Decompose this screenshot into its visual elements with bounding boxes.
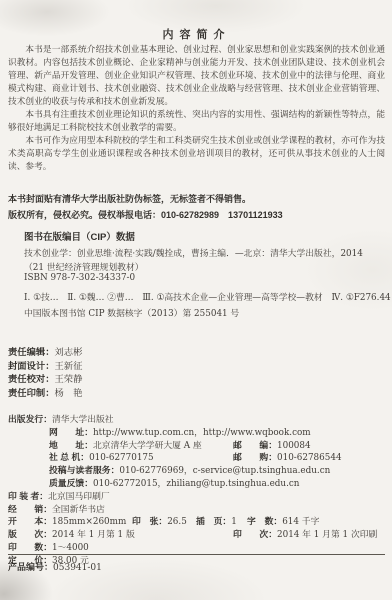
print-run-label: 印 数： xyxy=(8,542,52,552)
intro-paragraph: 本书具有注重技术创业理论知识的系统性、突出内容的实用性、强调结构的新颖性等特点，… xyxy=(8,109,385,135)
staff-row-proofreader: 责任校对：王荣静 xyxy=(8,373,385,387)
product-number-row: 产品编号：053941-01 xyxy=(8,560,392,573)
distributor-row: 经 销：全国新华书店 xyxy=(8,504,385,517)
edition-label: 版 次： xyxy=(8,529,52,539)
staff-label: 责任编辑： xyxy=(8,347,55,357)
sheets-value: 26.5 xyxy=(167,517,187,527)
word-count-label: 字 数： xyxy=(247,516,282,526)
publish-row: 出版发行：清华大学出版社 xyxy=(8,414,385,427)
staff-value: 杨 艳 xyxy=(55,388,83,399)
content-summary-body: 本书是一部系统介绍技术创业基本理论、创业过程、创业家思想和创业实践案例的技术创业… xyxy=(8,44,385,174)
intro-paragraph: 本书是一部系统介绍技术创业基本理论、创业过程、创业家思想和创业实践案例的技术创业… xyxy=(8,44,385,109)
address-row: 地 址：北京清华大学学研大厦 A 座 邮 编：100084 xyxy=(8,440,385,453)
distributor-value: 全国新华书店 xyxy=(52,505,105,515)
cip-isbn: ISBN 978-7-302-34337-0 xyxy=(24,273,385,283)
product-number-value: 053941-01 xyxy=(53,563,102,573)
staff-value: 王荣静 xyxy=(55,374,83,385)
publisher-name: 清华大学出版社 xyxy=(52,415,114,425)
cip-series-entry: （21 世纪经济管理规划教材） xyxy=(24,260,385,273)
staff-row-cover-design: 封面设计：王新征 xyxy=(8,360,385,374)
print-run-value: 1～4000 xyxy=(52,543,89,553)
cip-classification: Ⅰ. ①技… Ⅱ. ①魏… ②曹… Ⅲ. ①高技术企业—企业管理—高等学校—教材… xyxy=(24,290,385,303)
address-value: 北京清华大学学研大厦 A 座 xyxy=(93,441,202,451)
format-label: 开 本： xyxy=(8,516,52,526)
insert-group: 插 页：1 xyxy=(196,516,237,529)
format-row: 开 本：185mm×260mm 印 张：26.5 插 页：1 字 数：614 千… xyxy=(8,516,385,529)
printer-value: 北京国马印刷厂 xyxy=(48,492,110,502)
intro-paragraph: 本书可作为应用型本科院校的学生和工科类研究生技术创业或创业学课程的教材，亦可作为… xyxy=(8,135,385,174)
insert-label: 插 页： xyxy=(196,516,231,526)
zip-group: 邮 编：100084 xyxy=(233,440,311,453)
quality-feedback-value: 010-62772015，zhiliang@tup.tsinghua.edu.c… xyxy=(93,479,299,489)
staff-value: 刘志彬 xyxy=(55,347,83,358)
mail-order-group: 邮 购：010-62786544 xyxy=(233,452,342,465)
insert-value: 1 xyxy=(231,517,237,527)
copyright-notice: 版权所有，侵权必究。侵权举报电话：010-62782989 1370112193… xyxy=(8,208,385,223)
anti-counterfeit-notice: 本书封面贴有清华大学出版社防伪标签，无标签者不得销售。 xyxy=(8,192,385,207)
reader-service-label: 投稿与读者服务： xyxy=(49,465,119,475)
impression-label: 印 次： xyxy=(233,529,277,539)
switchboard-value: 010-62770175 xyxy=(89,453,154,463)
staff-row-print-supervisor: 责任印制：杨 艳 xyxy=(8,387,385,401)
word-count-value: 614 千字 xyxy=(282,517,319,527)
quality-feedback-label: 质量反馈： xyxy=(49,478,93,488)
sheets-group: 印 张：26.5 xyxy=(132,516,187,529)
website-label: 网 址： xyxy=(49,427,93,437)
product-number-label: 产品编号： xyxy=(8,562,53,572)
sheets-label: 印 张： xyxy=(132,516,167,526)
impression-group: 印 次：2014 年 1 月第 1 次印刷 xyxy=(233,529,377,542)
staff-value: 王新征 xyxy=(55,361,83,372)
zip-value: 100084 xyxy=(277,441,311,451)
footer-divider xyxy=(8,554,385,555)
content-summary-heading: 内容简介 xyxy=(8,26,385,42)
switchboard-label: 社 总 机： xyxy=(49,452,89,462)
reader-service-row: 投稿与读者服务：010-62776969，c-service@tup.tsing… xyxy=(8,465,385,478)
reader-service-value: 010-62776969，c-service@tup.tsinghua.edu.… xyxy=(119,466,330,476)
website-row: 网 址：http://www.tup.com.cn，http://www.wqb… xyxy=(8,427,385,440)
impression-value: 2014 年 1 月第 1 次印刷 xyxy=(277,530,377,540)
edition-row: 版 次：2014 年 1 月第 1 版 印 次：2014 年 1 月第 1 次印… xyxy=(8,529,385,542)
staff-credits: 责任编辑：刘志彬 封面设计：王新征 责任校对：王荣静 责任印制：杨 艳 xyxy=(8,346,385,400)
address-label: 地 址： xyxy=(49,440,93,450)
distributor-label: 经 销： xyxy=(8,504,52,514)
printer-label: 印 装 者： xyxy=(8,491,48,501)
cip-title-entry: 技术创业学：创业思维·流程·实践/魏拴成，曹扬主编．—北京：清华大学出版社，20… xyxy=(24,246,385,259)
word-count-group: 字 数：614 千字 xyxy=(247,516,319,529)
staff-label: 责任校对： xyxy=(8,374,55,384)
cip-record-number: 中国版本图书馆 CIP 数据核字（2013）第 255041 号 xyxy=(24,306,385,319)
cip-data-heading: 图书在版编目（CIP）数据 xyxy=(24,229,385,243)
staff-label: 责任印制： xyxy=(8,388,55,398)
publisher-section: 出版发行：清华大学出版社 网 址：http://www.tup.com.cn，h… xyxy=(8,414,385,568)
mail-order-label: 邮 购： xyxy=(233,452,277,462)
zip-label: 邮 编： xyxy=(233,440,277,450)
quality-feedback-row: 质量反馈：010-62772015，zhiliang@tup.tsinghua.… xyxy=(8,478,385,491)
book-copyright-page: 内容简介 本书是一部系统介绍技术创业基本理论、创业过程、创业家思想和创业实践案例… xyxy=(0,0,392,600)
switchboard-row: 社 总 机：010-62770175 邮 购：010-62786544 xyxy=(8,452,385,465)
printer-row: 印 装 者：北京国马印刷厂 xyxy=(8,491,385,504)
print-run-row: 印 数：1～4000 xyxy=(8,542,385,555)
staff-label: 封面设计： xyxy=(8,361,55,371)
staff-row-editor: 责任编辑：刘志彬 xyxy=(8,346,385,360)
mail-order-value: 010-62786544 xyxy=(277,453,342,463)
edition-value: 2014 年 1 月第 1 版 xyxy=(52,530,135,540)
publish-label: 出版发行： xyxy=(8,414,52,424)
format-value: 185mm×260mm xyxy=(52,517,126,527)
website-value: http://www.tup.com.cn，http://www.wqbook.… xyxy=(93,428,311,438)
